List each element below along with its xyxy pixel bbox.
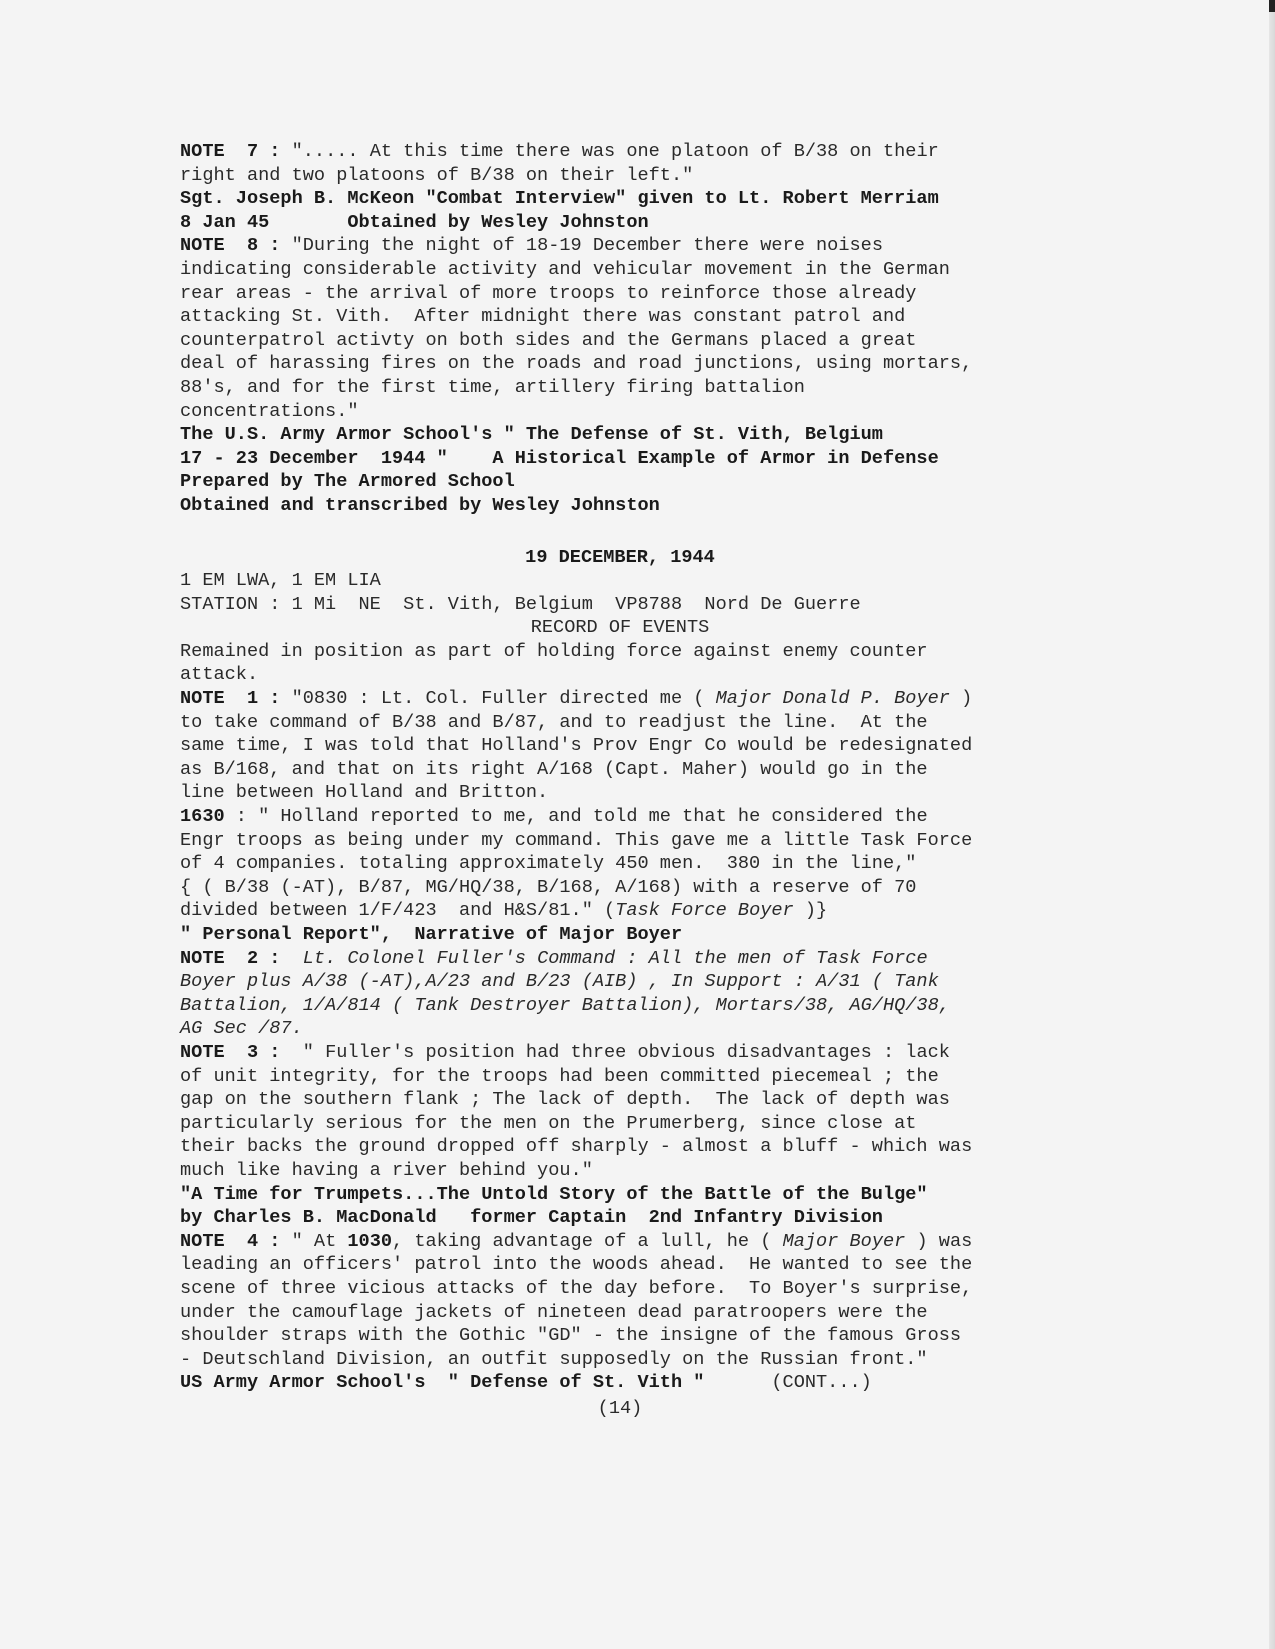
note-text: right and two platoons of B/38 on their …	[180, 164, 1080, 188]
source-citation: Sgt. Joseph B. McKeon "Combat Interview"…	[180, 187, 1080, 211]
note-text: attacking St. Vith. After midnight there…	[180, 305, 1080, 329]
time-entry: 1630 : " Holland reported to me, and tol…	[180, 805, 1080, 829]
note-text: their backs the ground dropped off sharp…	[180, 1135, 1080, 1159]
document-body: NOTE 7 : "..... At this time there was o…	[180, 140, 1080, 1420]
date-heading: 19 DECEMBER, 1944	[180, 546, 1060, 570]
note-text: particularly serious for the men on the …	[180, 1112, 1080, 1136]
note-7: NOTE 7 : "..... At this time there was o…	[180, 140, 1080, 164]
source-citation: " Personal Report", Narrative of Major B…	[180, 923, 1080, 947]
note-label: NOTE 8 :	[180, 235, 280, 256]
record-text: attack.	[180, 663, 1080, 687]
footer-source: US Army Armor School's " Defense of St. …	[180, 1371, 1080, 1395]
note-4: NOTE 4 : " At 1030, taking advantage of …	[180, 1230, 1080, 1254]
note-text: as B/168, and that on its right A/168 (C…	[180, 758, 1080, 782]
note-text: under the camouflage jackets of nineteen…	[180, 1301, 1080, 1325]
source-citation: The U.S. Army Armor School's " The Defen…	[180, 423, 1080, 447]
note-2: NOTE 2 : Lt. Colonel Fuller's Command : …	[180, 947, 1080, 971]
page-number: (14)	[180, 1397, 1060, 1421]
note-label: NOTE 4 :	[180, 1231, 280, 1252]
note-label: NOTE 2 :	[180, 948, 280, 969]
note-text: of unit integrity, for the troops had be…	[180, 1065, 1080, 1089]
note-label: NOTE 3 :	[180, 1042, 280, 1063]
note-text: to take command of B/38 and B/87, and to…	[180, 711, 1080, 735]
note-text: Boyer plus A/38 (-AT),A/23 and B/23 (AIB…	[180, 970, 1080, 994]
source-citation: "A Time for Trumpets...The Untold Story …	[180, 1183, 1080, 1207]
note-text: concentrations."	[180, 400, 1080, 424]
note-text: Battalion, 1/A/814 ( Tank Destroyer Batt…	[180, 994, 1080, 1018]
note-3: NOTE 3 : " Fuller's position had three o…	[180, 1041, 1080, 1065]
footer-citation: US Army Armor School's " Defense of St. …	[180, 1372, 704, 1393]
source-citation: by Charles B. MacDonald former Captain 2…	[180, 1206, 1080, 1230]
note-text: 88's, and for the first time, artillery …	[180, 376, 1080, 400]
note-text: Engr troops as being under my command. T…	[180, 829, 1080, 853]
note-text: of 4 companies. totaling approximately 4…	[180, 852, 1080, 876]
note-text: same time, I was told that Holland's Pro…	[180, 734, 1080, 758]
note-text: { ( B/38 (-AT), B/87, MG/HQ/38, B/168, A…	[180, 876, 1080, 900]
record-heading: RECORD OF EVENTS	[180, 616, 1060, 640]
note-text: line between Holland and Britton.	[180, 781, 1080, 805]
note-label: NOTE 1 :	[180, 688, 280, 709]
casualties-line: 1 EM LWA, 1 EM LIA	[180, 569, 1080, 593]
note-text: much like having a river behind you."	[180, 1159, 1080, 1183]
note-text: divided between 1/F/423 and H&S/81." (Ta…	[180, 899, 1080, 923]
source-citation: 17 - 23 December 1944 " A Historical Exa…	[180, 447, 1080, 471]
note-text: AG Sec /87.	[180, 1017, 1080, 1041]
scanned-page-edge	[1269, 0, 1275, 1649]
note-text: counterpatrol activty on both sides and …	[180, 329, 1080, 353]
note-text: shoulder straps with the Gothic "GD" - t…	[180, 1324, 1080, 1348]
note-text: indicating considerable activity and veh…	[180, 258, 1080, 282]
note-1: NOTE 1 : "0830 : Lt. Col. Fuller directe…	[180, 687, 1080, 711]
station-line: STATION : 1 Mi NE St. Vith, Belgium VP87…	[180, 593, 1080, 617]
continued-marker: (CONT...)	[704, 1372, 871, 1393]
source-citation: Obtained and transcribed by Wesley Johns…	[180, 494, 1080, 518]
note-text: scene of three vicious attacks of the da…	[180, 1277, 1080, 1301]
note-text: leading an officers' patrol into the woo…	[180, 1253, 1080, 1277]
source-citation: 8 Jan 45 Obtained by Wesley Johnston	[180, 211, 1080, 235]
note-text: deal of harassing fires on the roads and…	[180, 352, 1080, 376]
time-label: 1630	[180, 806, 225, 827]
note-label: NOTE 7 :	[180, 141, 280, 162]
note-8: NOTE 8 : "During the night of 18-19 Dece…	[180, 234, 1080, 258]
record-text: Remained in position as part of holding …	[180, 640, 1080, 664]
note-text: gap on the southern flank ; The lack of …	[180, 1088, 1080, 1112]
source-citation: Prepared by The Armored School	[180, 470, 1080, 494]
note-text: rear areas - the arrival of more troops …	[180, 282, 1080, 306]
note-text: - Deutschland Division, an outfit suppos…	[180, 1348, 1080, 1372]
